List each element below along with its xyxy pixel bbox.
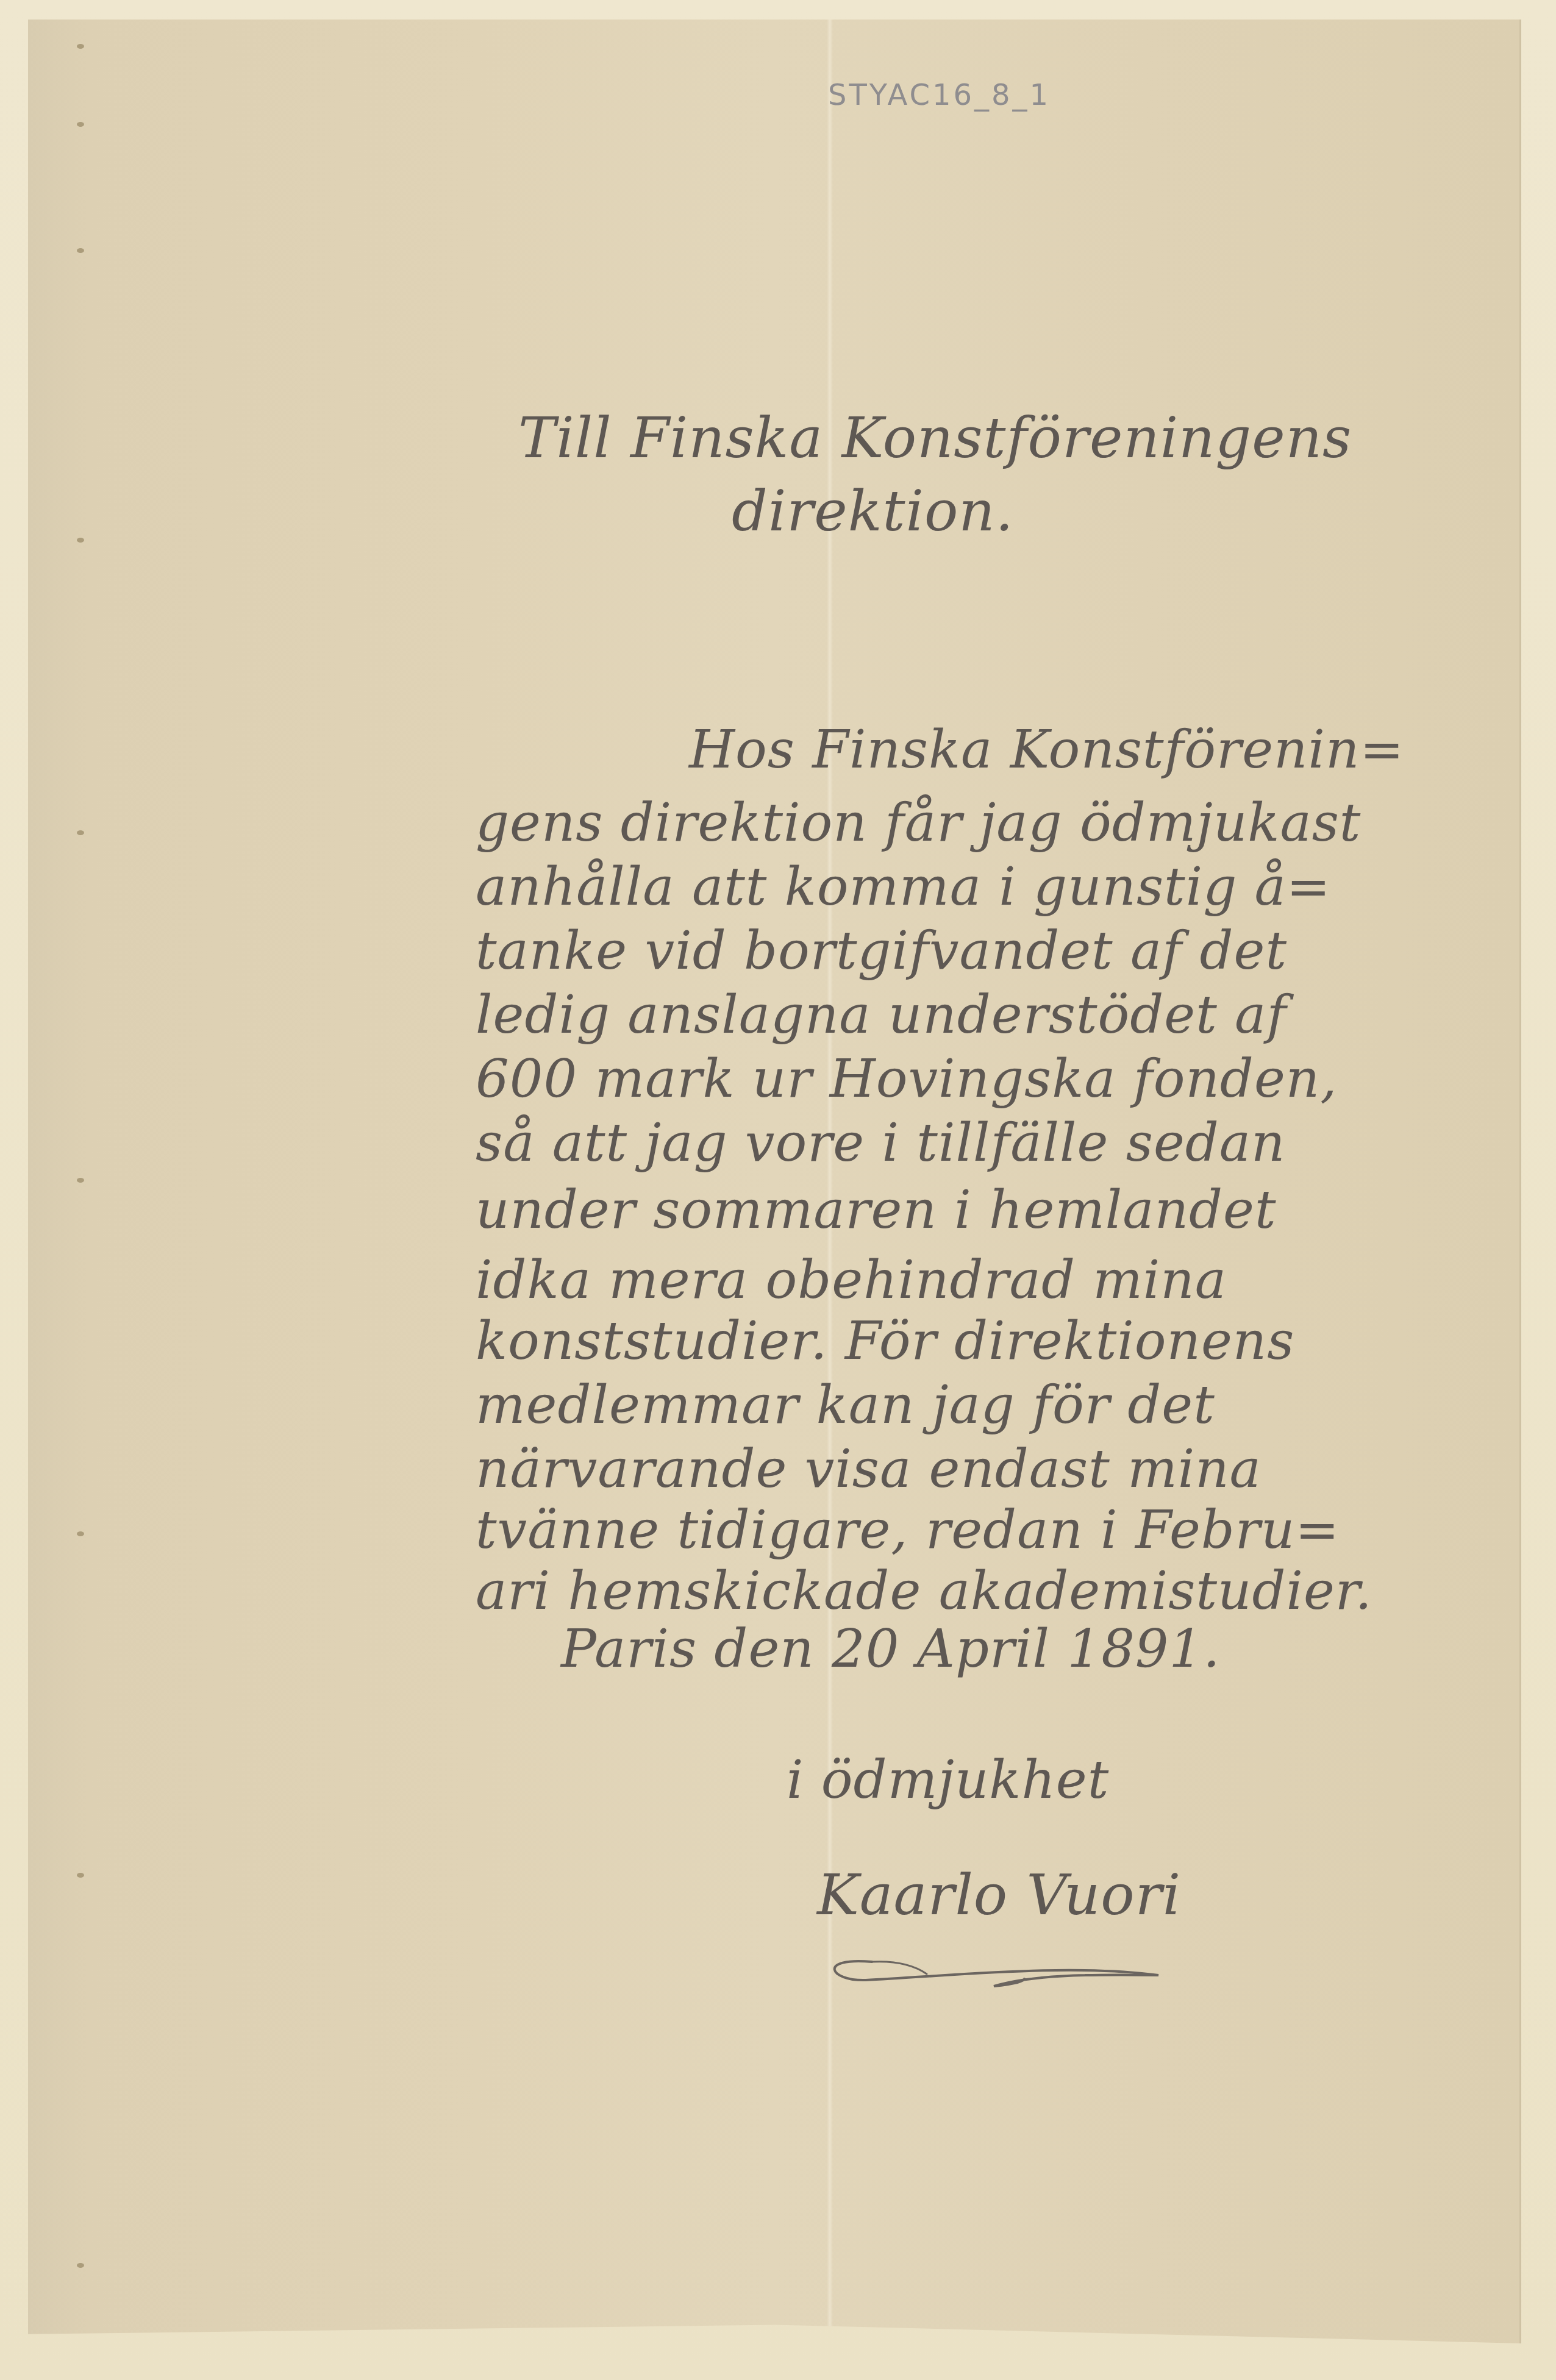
body-line: konststudier. För direktionens bbox=[476, 1311, 1294, 1372]
address-line-2: direktion. bbox=[732, 479, 1014, 544]
place-and-date: Paris den 20 April 1891. bbox=[561, 1619, 1221, 1680]
address-line-1: Till Finska Konstföreningens bbox=[518, 405, 1352, 471]
binding-hole-icon bbox=[77, 1873, 84, 1878]
binding-hole-icon bbox=[77, 44, 84, 49]
body-line: Hos Finska Konstförenin= bbox=[689, 719, 1404, 780]
body-line: ari hemskickade akademistudier. bbox=[476, 1561, 1372, 1622]
body-line: anhålla att komma i gunstig å= bbox=[476, 857, 1331, 917]
archive-reference: STYAC16_8_1 bbox=[828, 78, 1051, 112]
body-line: gens direktion får jag ödmjukast bbox=[476, 793, 1361, 853]
binding-hole-icon bbox=[77, 830, 84, 835]
binding-hole-icon bbox=[77, 538, 84, 543]
binding-hole-icon bbox=[77, 248, 84, 253]
body-line: idka mera obehindrad mina bbox=[476, 1250, 1227, 1311]
body-line: 600 mark ur Hovingska fonden, bbox=[476, 1049, 1338, 1110]
binding-hole-icon bbox=[77, 122, 84, 127]
body-line: ledig anslagna understödet af bbox=[476, 985, 1287, 1046]
body-line: under sommaren i hemlandet bbox=[476, 1180, 1277, 1241]
binding-hole-icon bbox=[77, 1531, 84, 1536]
body-line: medlemmar kan jag för det bbox=[476, 1375, 1215, 1436]
binding-hole-icon bbox=[77, 2263, 84, 2268]
signature: Kaarlo Vuori bbox=[817, 1862, 1181, 1928]
closing-phrase: i ödmjukhet bbox=[787, 1750, 1109, 1811]
signature-flourish-icon bbox=[793, 1939, 1219, 1987]
binding-hole-icon bbox=[77, 1178, 84, 1183]
body-line: närvarande visa endast mina bbox=[476, 1439, 1262, 1500]
body-line: tanke vid bortgifvandet af det bbox=[476, 921, 1287, 982]
body-line: tvänne tidigare, redan i Febru= bbox=[476, 1500, 1340, 1561]
body-line: så att jag vore i tillfälle sedan bbox=[476, 1113, 1286, 1174]
